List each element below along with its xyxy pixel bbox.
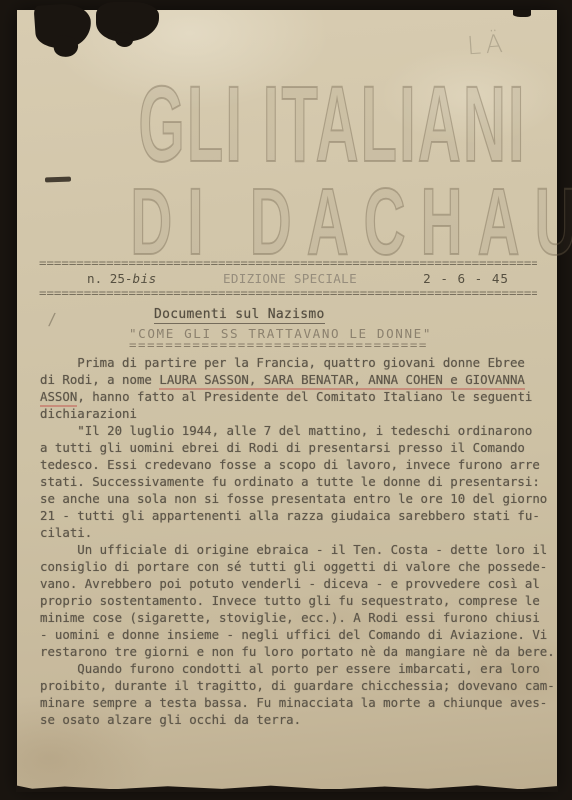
pencil-corner-note: LÄ [466,29,508,61]
body-line: tedesco. Essi credevano fosse a scopo di… [40,456,552,473]
article-title-underline: ================================= [129,341,432,349]
body-line-text: , hanno fatto al Presidente del Comitato… [77,389,532,404]
paper-corner-notch [513,10,531,17]
pencil-slash-mark: / [48,310,56,331]
body-line: Quando furono condotti al porto per esse… [40,660,552,677]
body-line: minime cose (sigarette, stoviglie, ecc.)… [40,609,552,626]
issue-meta-row: n. 25-bis EDIZIONE SPECIALE 2 - 6 - 45 [39,269,537,287]
body-line: minare sempre a testa bassa. Fu minaccia… [40,694,552,711]
body-line: stati. Successivamente fu ordinato a tut… [40,473,552,490]
body-line: "Il 20 luglio 1944, alle 7 del mattino, … [40,422,552,439]
ruled-line-bottom: ========================================… [39,287,537,299]
body-line: dichiarazioni [40,405,552,422]
body-line: se anche una sola non si fosse presentat… [40,490,552,507]
newspaper-page: LÄ GLI ITALIANI DI DACHAU ==============… [17,10,557,789]
body-line: proibito, durante il tragitto, di guarda… [40,677,552,694]
issue-number-handwritten: bis [133,271,157,286]
body-line: se osato alzare gli occhi da terra. [40,711,552,728]
article-title-block: "COME GLI SS TRATTAVANO LE DONNE" ======… [129,326,432,349]
paper-tear [115,32,133,47]
masthead-title-line2: DI DACHAU [130,176,443,267]
issue-number-typed: n. 25- [87,271,133,286]
article-title: "COME GLI SS TRATTAVANO LE DONNE" [129,326,432,341]
photo-backdrop: { "colors": { "backdrop": "#1a1510", "pa… [0,0,572,800]
body-line: restarono tre giorni e non fu loro porta… [40,643,552,660]
body-line: cilati. [40,524,552,541]
section-heading: Documenti sul Nazismo [154,307,325,324]
edition-label: EDIZIONE SPECIALE [223,271,357,286]
issue-date: 2 - 6 - 45 [423,271,509,286]
underlined-names: LAURA SASSON, SARA BENATAR, ANNA COHEN e… [159,372,525,390]
ruled-line-top: ========================================… [39,257,537,269]
body-line: Prima di partire per la Francia, quattro… [40,354,552,371]
body-line: Un ufficiale di origine ebraica - il Ten… [40,541,552,558]
masthead-title-line1: GLI ITALIANI [139,72,436,176]
body-line: proprio sostentamento. Invece tutto gli … [40,592,552,609]
body-line: vano. Avrebbero poi potuto venderli - di… [40,575,552,592]
body-line: di Rodi, a nome LAURA SASSON, SARA BENAT… [40,371,552,388]
body-line: - uomini e donne insieme - negli uffici … [40,626,552,643]
body-line: consiglio di portare con sé tutti gli og… [40,558,552,575]
issue-bar: ========================================… [39,257,537,299]
article-body: Prima di partire per la Francia, quattro… [40,354,552,728]
ink-dash-mark [45,177,71,183]
body-line: a tutti gli uomini ebrei di Rodi di pres… [40,439,552,456]
underlined-names: ASSON [40,389,77,407]
body-line: ASSON, hanno fatto al Presidente del Com… [40,388,552,405]
paper-torn-bottom-edge [16,781,558,792]
body-line: 21 - tutti gli appartenenti alla razza g… [40,507,552,524]
issue-number: n. 25-bis [87,271,157,286]
body-line-text: di Rodi, a nome [40,372,159,387]
